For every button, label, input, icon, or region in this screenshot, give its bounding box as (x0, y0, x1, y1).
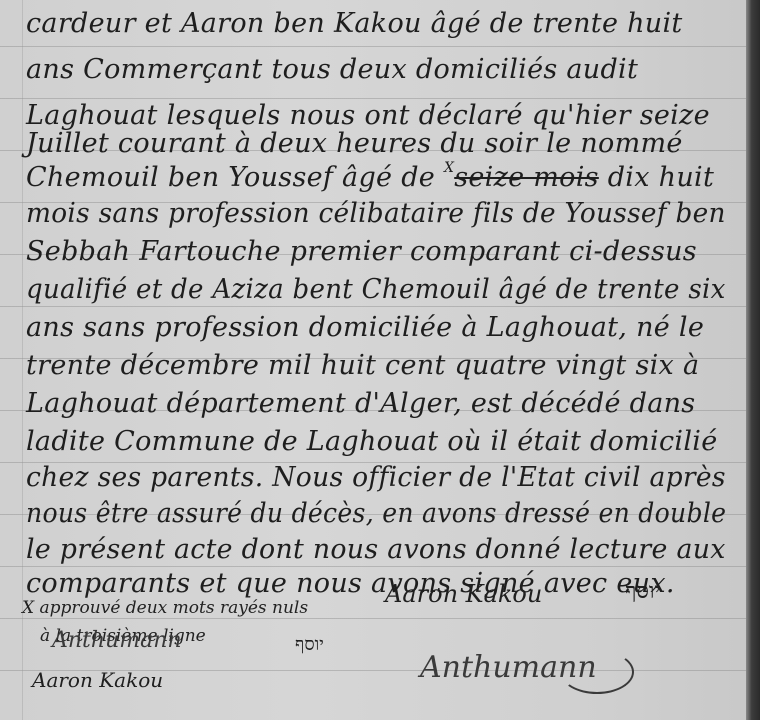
text-line-2: ans Commerçant tous deux domiciliés audi… (26, 54, 638, 85)
signature-hebrew-left: יוסף (295, 634, 324, 655)
marginal-note-line-1: X approuvé deux mots rayés nuls (22, 598, 308, 618)
text-line-6: mois sans profession célibataire fils de… (26, 198, 726, 229)
line5-after: dix huit (599, 162, 714, 193)
text-line-3: Laghouat lesquels nous ont déclaré qu'hi… (26, 100, 710, 131)
text-line-14: nous être assuré du décès, en avons dres… (26, 498, 726, 529)
text-line-12: ladite Commune de Laghouat où il était d… (26, 426, 718, 457)
insertion-marker: X (444, 160, 454, 176)
struck-words: seize mois (454, 162, 599, 193)
text-line-8: qualifié et de Aziza bent Chemouil âgé d… (26, 274, 726, 305)
line5-before: Chemouil ben Youssef âgé de (26, 162, 444, 193)
signature-hebrew-right: יוסף (625, 578, 660, 604)
text-line-10: trente décembre mil huit cent quatre vin… (26, 350, 699, 381)
text-line-16: comparants et que nous avons signé avec … (26, 568, 675, 599)
text-line-5: Chemouil ben Youssef âgé de Xseize mois … (26, 160, 714, 193)
text-line-7: Sebbah Fartouche premier comparant ci-de… (26, 236, 697, 267)
signature-officer-left: Anthumann (52, 628, 182, 653)
text-line-1: cardeur et Aaron ben Kakou âgé de trente… (26, 8, 683, 39)
text-line-11: Laghouat département d'Alger, est décédé… (26, 388, 695, 419)
text-line-15: le présent acte dont nous avons donné le… (26, 534, 726, 565)
signature-flourish-icon (560, 650, 634, 694)
signature-aaron-kakou-right: Aaron Kakou (385, 580, 542, 608)
text-line-4: Juillet courant à deux heures du soir le… (26, 128, 683, 159)
text-line-9: ans sans profession domiciliée à Laghoua… (26, 312, 704, 343)
register-page: cardeur et Aaron ben Kakou âgé de trente… (0, 0, 760, 720)
page-binding-edge (746, 0, 760, 720)
signature-aaron-kakou-left: Aaron Kakou (32, 668, 163, 692)
text-line-13: chez ses parents. Nous officier de l'Eta… (26, 462, 726, 493)
